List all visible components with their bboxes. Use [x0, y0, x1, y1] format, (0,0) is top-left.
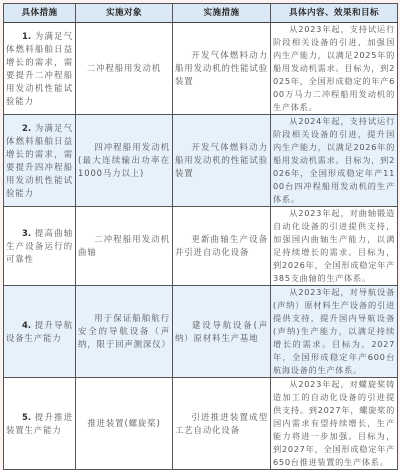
goal-cell: 从2023年起，对螺旋桨铸造加工的自动化设备的引进提供支持。到2027年，螺旋桨… — [271, 378, 398, 392]
goal-cell: 从2023年起，支持试运行阶段相关设备的引进，加强国内生产能力，以满足2025年… — [271, 23, 398, 115]
goal-text: 从2023年起，对螺旋桨铸造加工的自动化设备的引进提供支持。到2027年，螺旋桨… — [273, 379, 395, 391]
goal-cell: 从2023年起，对导航设备(声纳）原材料生产设备的引进提供支持，提升国内导航设备… — [271, 286, 398, 378]
target-cell: 二冲程船用发动机 — [76, 23, 173, 115]
table-row: 2. 为满足气体燃料船舶日益增长的需求，需要提升四冲程船用发动机性能试验能力 四… — [4, 115, 398, 207]
table-header-row: 具体措施 实施对象 实施措施 具体内容、效果和目标 — [4, 4, 398, 23]
table-row: 5. 提升推进装置生产能力 推进装置(螺旋桨) 引进推进装置成型工艺自动化设备 … — [4, 378, 398, 392]
goal-text: 从2023年起，支持试运行阶段相关设备的引进，加强国内生产能力，以满足2025年… — [273, 24, 395, 112]
action-text: 开发气体燃料动力船用发动机的性能试验装置 — [175, 50, 268, 86]
target-cell: 用于保证船舶航行安全的导航设备（声纳，限于回声测深仪） — [76, 286, 173, 378]
action-cell: 建设导航设备(声纳）原材料生产基地 — [173, 286, 271, 378]
goal-cell: 从2024年起，支持试运行阶段相关设备的引进，提升国内生产能力，以满足2026年… — [271, 115, 398, 207]
measure-number: 3. — [22, 228, 31, 238]
measures-table: 具体措施 实施对象 实施措施 具体内容、效果和目标 1. 为满足气体燃料船舶日益… — [3, 3, 398, 391]
measure-cell: 3. 提高曲轴生产设备运行的可靠性 — [4, 207, 76, 286]
measure-cell: 1. 为满足气体燃料船舶日益增长的需求，需要提升二冲程船用发动机性能试验能力 — [4, 23, 76, 115]
action-cell: 更新曲轴生产设备并引进自动化设备 — [173, 207, 271, 286]
target-text: 二冲程船用发动机曲轴 — [78, 234, 170, 257]
goal-text: 从2023年起，对导航设备(声纳）原材料生产设备的引进提供支持，提升国内导航设备… — [273, 287, 395, 375]
goal-text: 从2023年起，对曲轴锻造自动化设备的引进提供支持，加强国内曲轴生产能力，以满足… — [273, 208, 395, 283]
table-row: 4. 提升导航设备生产能力 用于保证船舶航行安全的导航设备（声纳，限于回声测深仪… — [4, 286, 398, 378]
measure-text: 提高曲轴生产设备运行的可靠性 — [6, 228, 73, 264]
goal-cell: 从2023年起，对曲轴锻造自动化设备的引进提供支持，加强国内曲轴生产能力，以满足… — [271, 207, 398, 286]
header-action: 实施措施 — [173, 4, 271, 23]
table-row: 1. 为满足气体燃料船舶日益增长的需求，需要提升二冲程船用发动机性能试验能力 二… — [4, 23, 398, 115]
header-goal: 具体内容、效果和目标 — [271, 4, 398, 23]
action-cell: 开发气体燃料动力船用发动机的性能试验装置 — [173, 23, 271, 115]
target-cell: 推进装置(螺旋桨) — [76, 378, 173, 392]
action-cell: 引进推进装置成型工艺自动化设备 — [173, 378, 271, 392]
measure-text: 为满足气体燃料船舶日益增长的需求，需要提升二冲程船用发动机性能试验能力 — [6, 31, 73, 106]
target-cell: 二冲程船用发动机曲轴 — [76, 207, 173, 286]
table-container: 具体措施 实施对象 实施措施 具体内容、效果和目标 1. 为满足气体燃料船舶日益… — [3, 3, 397, 391]
action-text: 开发气体燃料动力船用发动机的性能试验装置 — [175, 142, 268, 178]
measure-cell: 4. 提升导航设备生产能力 — [4, 286, 76, 378]
measure-number: 1. — [22, 31, 31, 41]
target-text: 用于保证船舶航行安全的导航设备（声纳，限于回声测深仪） — [78, 313, 171, 349]
header-target: 实施对象 — [76, 4, 173, 23]
action-cell: 开发气体燃料动力船用发动机的性能试验装置 — [173, 115, 271, 207]
target-text: 四冲程船用发动机(最大连续输出功率在1000马力以上) — [78, 142, 170, 178]
measure-number: 4. — [22, 320, 31, 330]
measure-number: 2. — [22, 123, 31, 133]
target-cell: 四冲程船用发动机(最大连续输出功率在1000马力以上) — [76, 115, 173, 207]
action-text: 更新曲轴生产设备并引进自动化设备 — [175, 234, 268, 257]
measure-cell: 5. 提升推进装置生产能力 — [4, 378, 76, 392]
measure-text: 为满足气体燃料船舶日益增长的需求，需要提升四冲程船用发动机性能试验能力 — [6, 123, 73, 198]
table-row: 3. 提高曲轴生产设备运行的可靠性 二冲程船用发动机曲轴 更新曲轴生产设备并引进… — [4, 207, 398, 286]
action-text: 建设导航设备(声纳）原材料生产基地 — [175, 320, 268, 343]
measure-cell: 2. 为满足气体燃料船舶日益增长的需求，需要提升四冲程船用发动机性能试验能力 — [4, 115, 76, 207]
goal-text: 从2024年起，支持试运行阶段相关设备的引进，提升国内生产能力，以满足2026年… — [273, 116, 395, 204]
header-measure: 具体措施 — [4, 4, 76, 23]
measure-text: 提升导航设备生产能力 — [6, 320, 73, 343]
